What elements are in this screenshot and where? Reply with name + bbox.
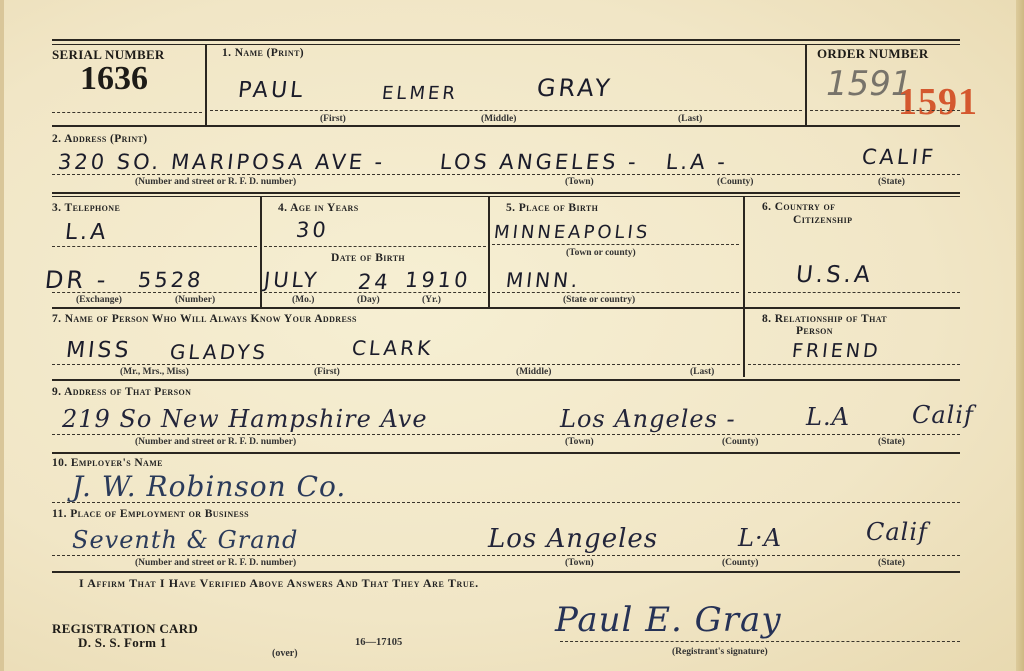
serial-divider xyxy=(205,45,207,125)
birthplace-town-dash xyxy=(492,244,739,245)
contact-address-state: Calif xyxy=(912,401,974,429)
top-rule-thin xyxy=(52,44,960,45)
footer-code: 16—17105 xyxy=(355,637,402,648)
contact-address-town: Los Angeles - xyxy=(560,405,736,433)
address-county: L.A - xyxy=(665,150,730,174)
birthplace-state: MINN. xyxy=(505,268,582,292)
employment-place-county: L·A xyxy=(738,524,782,552)
contact-address-dash xyxy=(52,434,960,435)
dob-sub-month: (Mo.) xyxy=(292,295,314,305)
birthplace-town: MINNEAPOLIS xyxy=(493,222,651,243)
employment-place-dash xyxy=(52,555,960,556)
dob-sub-day: (Day) xyxy=(357,295,380,305)
row1-rule xyxy=(52,125,960,127)
employment-place-sub-town: (Town) xyxy=(565,558,594,568)
employment-place-state: Calif xyxy=(866,518,928,546)
telephone-sub-number: (Number) xyxy=(175,295,215,305)
signature-dash xyxy=(560,641,960,642)
dob-day: 24 xyxy=(357,270,392,294)
address-street: 320 SO. MARIPOSA AVE - xyxy=(57,150,387,174)
telephone-number: 5528 xyxy=(137,268,205,292)
contact-address-label: 9. Address of That Person xyxy=(52,386,191,398)
name-last: GRAY xyxy=(536,74,614,102)
telephone-dash-2 xyxy=(52,292,257,293)
relationship-value: FRIEND xyxy=(791,340,882,362)
contact-last: CLARK xyxy=(351,336,435,360)
card-edge-right xyxy=(1016,0,1024,671)
telephone-exchange: DR - xyxy=(44,266,110,294)
card-edge-left xyxy=(0,0,4,671)
name-dash xyxy=(210,110,802,111)
dob-dash xyxy=(264,292,486,293)
contact-dash xyxy=(52,364,740,365)
order-number-label: ORDER NUMBER xyxy=(817,46,929,62)
address-sub-street: (Number and street or R. F. D. number) xyxy=(135,177,296,187)
telephone-divider xyxy=(260,197,262,307)
affirmation-text: I Affirm That I Have Verified Above Answ… xyxy=(79,576,479,591)
citizenship-value: U.S.A xyxy=(795,262,875,288)
contact-label: 7. Name of Person Who Will Always Know Y… xyxy=(52,313,357,325)
name-sub-middle: (Middle) xyxy=(481,114,516,124)
employment-place-street: Seventh & Grand xyxy=(72,526,298,554)
telephone-label: 3. Telephone xyxy=(52,202,120,214)
citizenship-dash xyxy=(748,292,960,293)
address-label: 2. Address (Print) xyxy=(52,133,148,145)
serial-dash xyxy=(52,112,202,113)
contact-first: GLADYS xyxy=(169,340,270,364)
age-value: 30 xyxy=(295,218,330,242)
contact-address-sub-state: (State) xyxy=(878,437,905,447)
contact-sub-first: (First) xyxy=(314,367,340,377)
employment-place-sub-state: (State) xyxy=(878,558,905,568)
employer-value: J. W. Robinson Co. xyxy=(72,470,346,503)
name-first: PAUL xyxy=(237,78,307,103)
row5-rule xyxy=(52,452,960,454)
signature-caption: (Registrant's signature) xyxy=(672,647,768,657)
employer-dash xyxy=(52,502,960,503)
birthplace-sub-town: (Town or county) xyxy=(566,248,636,258)
name-middle: ELMER xyxy=(381,83,459,104)
address-state: CALIF xyxy=(861,145,938,169)
serial-number: 1636 xyxy=(80,60,148,98)
row2-rule-thin xyxy=(52,196,960,197)
contact-address-sub-town: (Town) xyxy=(565,437,594,447)
address-town: LOS ANGELES - xyxy=(439,150,640,174)
row2-rule xyxy=(52,192,960,194)
telephone-sub-exchange: (Exchange) xyxy=(76,295,122,305)
contact-sub-middle: (Middle) xyxy=(516,367,551,377)
relationship-dash xyxy=(748,364,960,365)
order-divider xyxy=(805,45,807,125)
telephone-line1: L.A xyxy=(64,220,110,245)
birthplace-label: 5. Place of Birth xyxy=(506,202,598,214)
employment-place-sub-county: (County) xyxy=(722,558,758,568)
name-sub-last: (Last) xyxy=(678,114,702,124)
citizenship-label-2: Citizenship xyxy=(793,214,852,226)
address-dash xyxy=(52,174,960,175)
dob-sub-year: (Yr.) xyxy=(422,295,441,305)
address-sub-town: (Town) xyxy=(565,177,594,187)
dob-year: 1910 xyxy=(404,268,472,292)
relationship-label-2: Person xyxy=(796,325,833,337)
contact-sub-title: (Mr., Mrs., Miss) xyxy=(120,367,189,377)
top-rule xyxy=(52,39,960,41)
contact-sub-last: (Last) xyxy=(690,367,714,377)
birthplace-divider xyxy=(743,197,745,377)
age-label: 4. Age in Years xyxy=(278,202,359,214)
employment-place-town: Los Angeles xyxy=(488,524,658,554)
footer-over: (over) xyxy=(272,648,298,659)
row3-rule xyxy=(52,307,960,309)
address-sub-state: (State) xyxy=(878,177,905,187)
age-dash xyxy=(264,246,486,247)
contact-address-county: L.A xyxy=(806,403,850,431)
contact-address-sub-street: (Number and street or R. F. D. number) xyxy=(135,437,296,447)
dob-label: Date of Birth xyxy=(331,252,405,264)
order-number-stamp: 1591 xyxy=(898,80,978,124)
birthplace-sub-state: (State or country) xyxy=(563,295,635,305)
address-sub-county: (County) xyxy=(717,177,753,187)
footer-form: D. S. S. Form 1 xyxy=(78,635,167,651)
contact-address-street: 219 So New Hampshire Ave xyxy=(62,405,428,433)
order-dash xyxy=(810,110,960,111)
telephone-dash-1 xyxy=(52,246,257,247)
employment-place-sub-street: (Number and street or R. F. D. number) xyxy=(135,558,296,568)
birthplace-state-dash xyxy=(492,292,739,293)
contact-title: MISS xyxy=(65,338,133,363)
employer-label: 10. Employer's Name xyxy=(52,457,163,469)
registrant-signature: Paul E. Gray xyxy=(555,600,782,640)
contact-address-sub-county: (County) xyxy=(722,437,758,447)
name-label: 1. Name (Print) xyxy=(222,47,304,59)
citizenship-label-1: 6. Country of xyxy=(762,201,835,213)
registration-card: SERIAL NUMBER 1636 1. Name (Print) PAUL … xyxy=(0,0,1024,671)
age-divider xyxy=(488,197,490,307)
name-sub-first: (First) xyxy=(320,114,346,124)
row4-rule xyxy=(52,379,960,381)
relationship-label-1: 8. Relationship of That xyxy=(762,313,887,325)
row7-rule xyxy=(52,571,960,573)
dob-month: JULY xyxy=(263,268,321,292)
employment-place-label: 11. Place of Employment or Business xyxy=(52,508,249,520)
